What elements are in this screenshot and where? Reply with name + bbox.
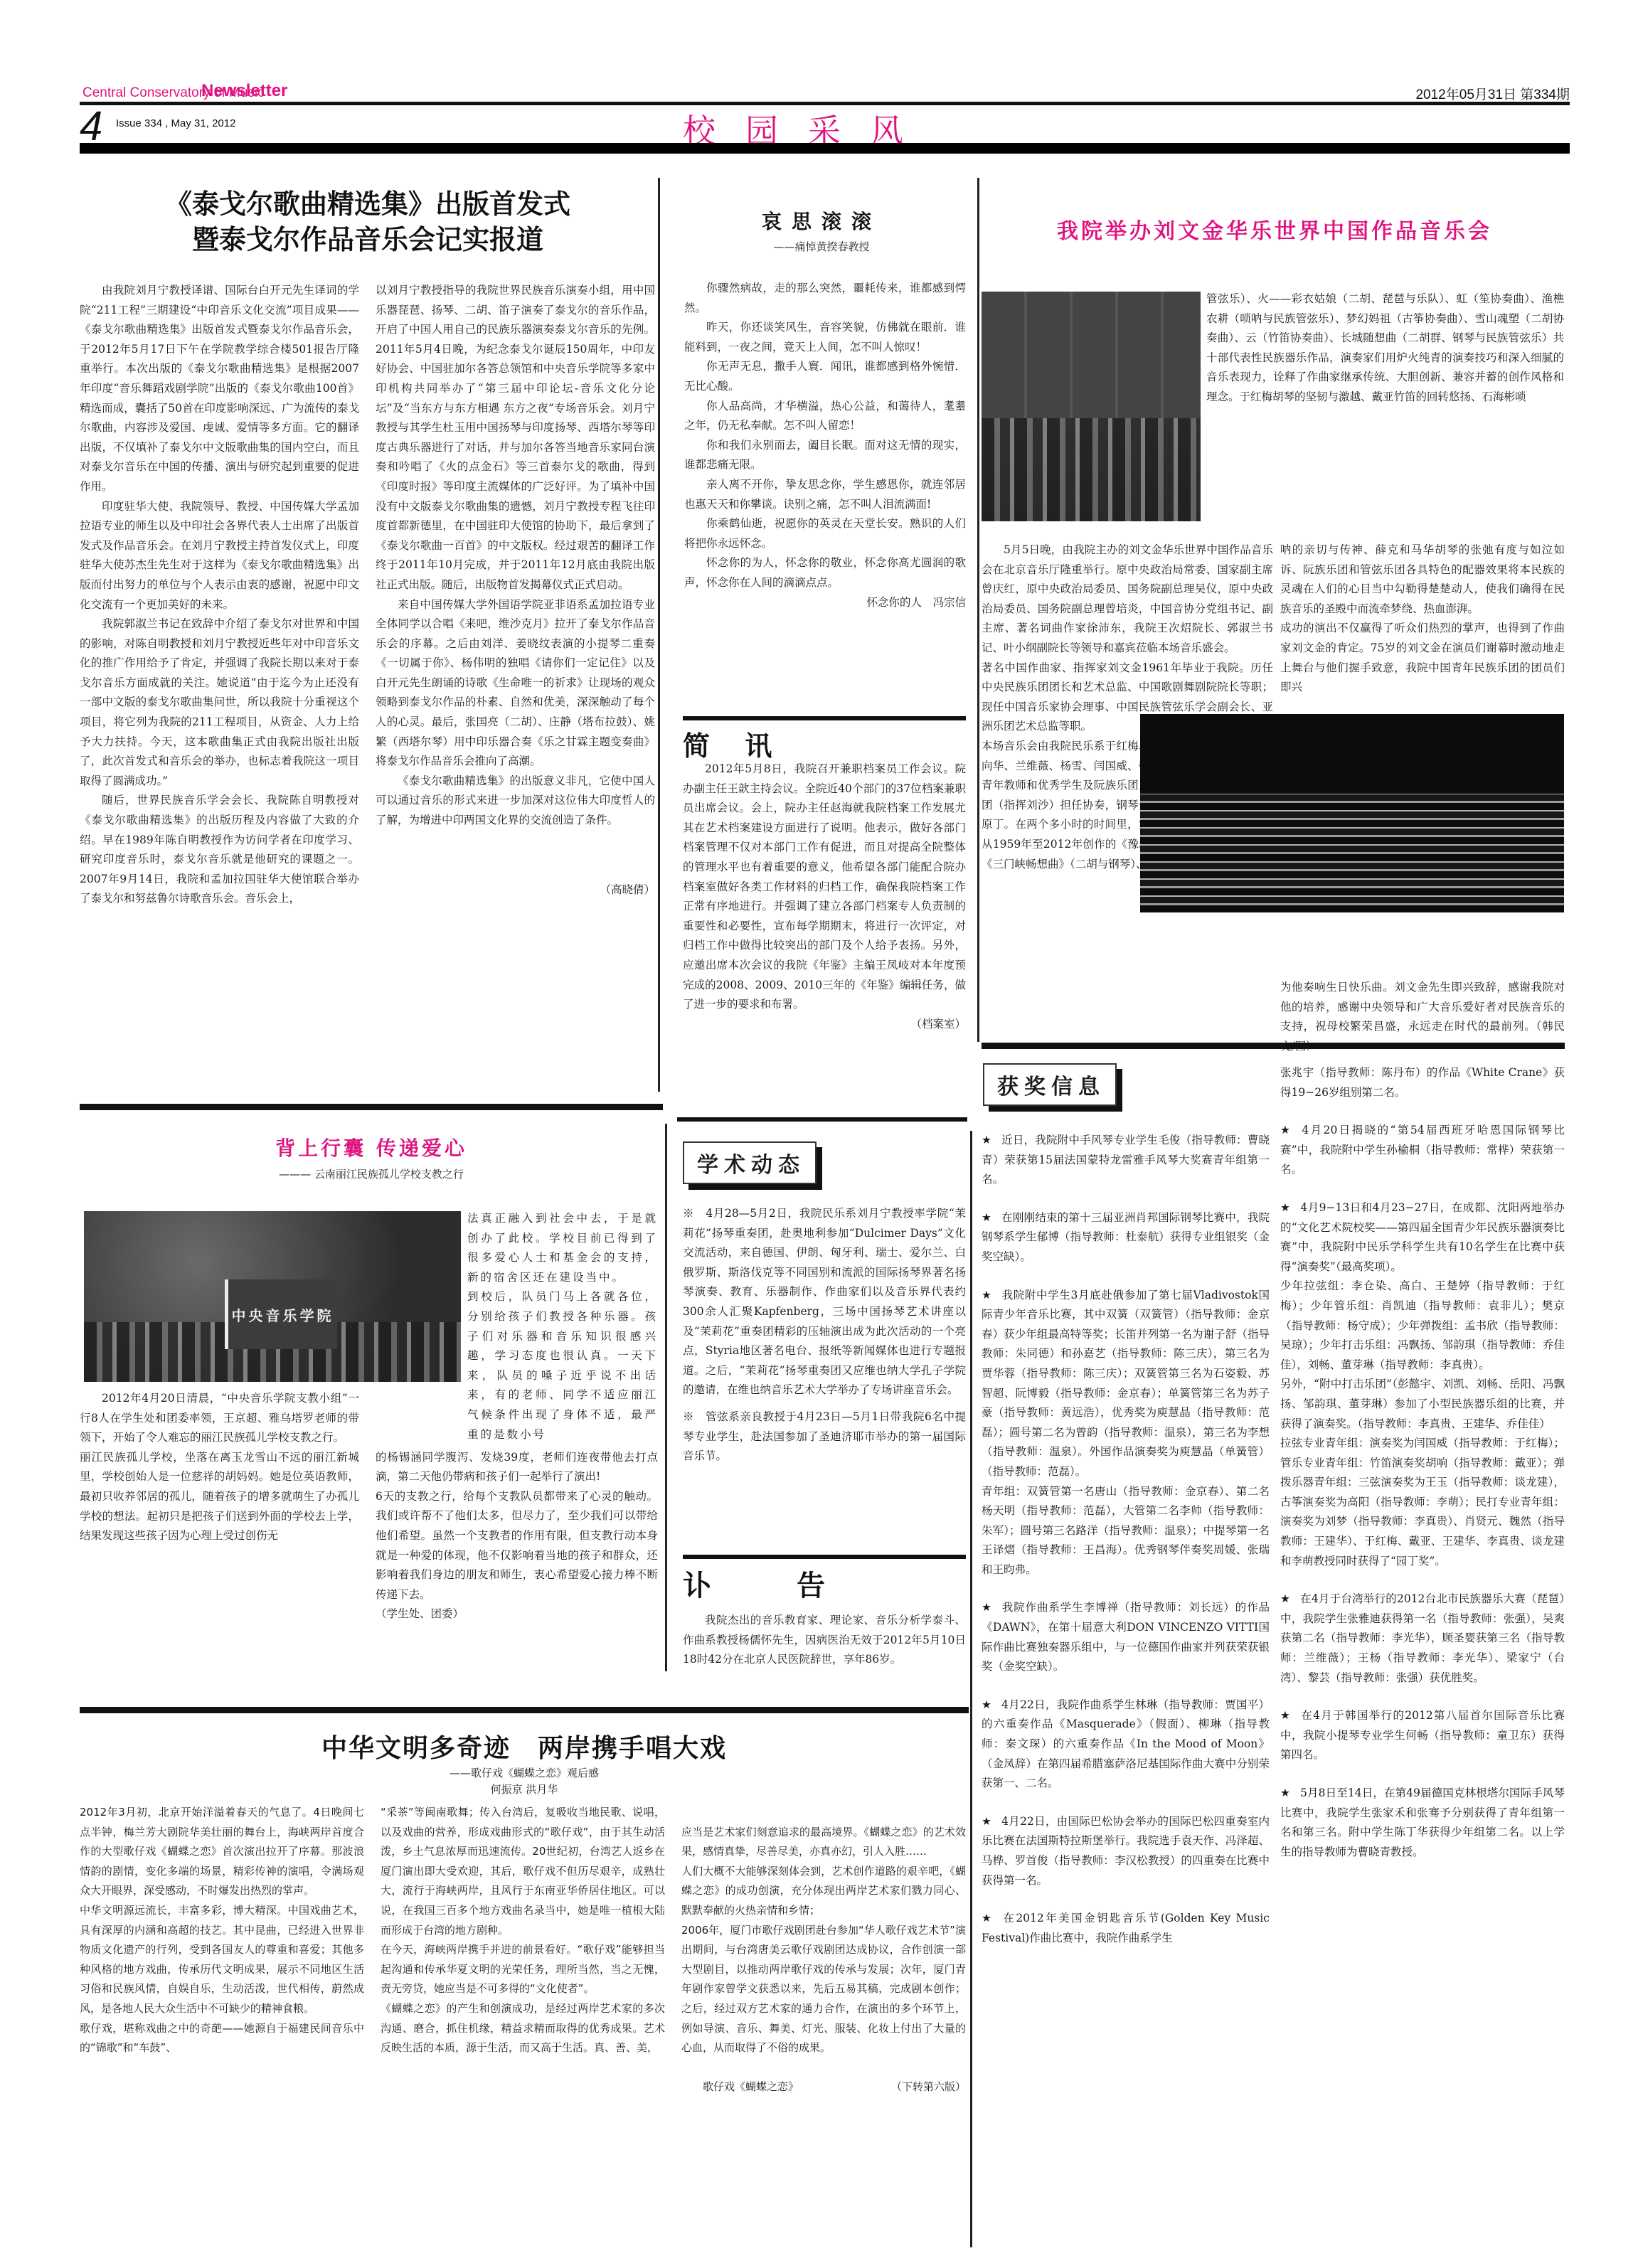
star-icon: ★	[982, 1289, 992, 1301]
page-number: 4	[80, 105, 102, 148]
star-icon: ★	[982, 1815, 991, 1828]
award-item: ★在刚刚结束的第十三届亚洲肖邦国际钢琴比赛中，我院钢琴系学生郁博（指导教师：杜泰…	[982, 1208, 1270, 1267]
photo-orchestra-rows	[1140, 794, 1564, 912]
column-divider	[665, 1124, 667, 1671]
lijiang-subtitle: ——— 云南丽江民族孤儿学校支教之行	[80, 1166, 663, 1181]
butterfly-col2: “采茶”等闽南歌舞；传入台湾后，复吸收当地民歌、说唱，以及戏曲的营养，形成戏曲形…	[381, 1803, 665, 2058]
award-item: ★在4月于台湾举行的2012台北市民族器乐大赛（琵琶）中，我院学生张雅迪获得第一…	[1280, 1590, 1565, 1688]
paragraph: 昨天，你还谈笑风生，音容笑貌，仿佛就在眼前．谁能料到，一夜之间，竟天上人间，怎不…	[684, 318, 966, 357]
academic-heading: 学术动态	[683, 1141, 817, 1184]
award-text: 4月22日，我院作曲系学生林琳（指导教师：贾国平）的六重奏作品《Masquera…	[982, 1698, 1270, 1789]
paragraph: 你和我们永别而去，阖目长眠。面对这无情的现实，谁都悲痛无限。	[684, 436, 966, 475]
paragraph: 以刘月宁教授指导的我院世界民族音乐演奏小组，用中国乐器琵琶、扬琴、二胡、笛子演奏…	[376, 281, 655, 595]
awards-col2: 张兆宇（指导教师：陈丹布）的作品《White Crane》获得19−26岁组别第…	[1280, 1063, 1565, 1880]
concert-photo	[982, 292, 1201, 521]
academic-item: ※ 管弦系亲良教授于4月23日—5月1日带我院6名中提琴专业学生，赴法国参加了圣…	[683, 1407, 966, 1466]
paragraph: 你无声无息，撒手人寰．闻讯，谁都感到格外惋惜．无比心酸。	[684, 357, 966, 396]
award-text: 在4月于台湾举行的2012台北市民族器乐大赛（琵琶）中，我院学生张雅迪获得第一名…	[1280, 1592, 1565, 1683]
signature: （高晓倩）	[376, 880, 655, 900]
award-text: 在4月于韩国举行的2012第八届首尔国际音乐比赛中，我院小提琴专业学生何畅（指导…	[1280, 1709, 1565, 1761]
paragraph: 来自中国传媒大学外国语学院亚非语系孟加拉语专业全体同学以合唱《来吧，维沙克月》拉…	[376, 595, 655, 772]
paragraph: 你乘鹤仙逝，祝愿你的英灵在天堂长安。熟识的人们将把你永远怀念。	[684, 514, 966, 553]
award-text: 4月22日，由国际巴松协会举办的国际巴松四重奏室内乐比赛在法国斯特拉斯堡举行。我…	[982, 1815, 1270, 1887]
award-text: 我院附中学生3月底赴俄参加了第七届Vladivostok国际青少年音乐比赛，其中…	[982, 1289, 1270, 1576]
paragraph: 2012年5月8日，我院召开兼职档案员工作会议。院办副主任王歆主持会议。全院近4…	[683, 760, 966, 1015]
star-icon: ★	[982, 1698, 991, 1711]
paragraph: 应当是艺术家们刻意追求的最高境界。《蝴蝶之恋》的艺术效果，感情真挚，尽善尽美，亦…	[681, 1823, 966, 2058]
award-text: 5月8日至14日，在第49届德国克林根塔尔国际手风琴比赛中，我院学生张家禾和张骞…	[1280, 1787, 1565, 1858]
star-icon: ★	[1280, 1201, 1290, 1214]
section-rule	[80, 1104, 663, 1110]
award-text: 4月9−13日和4月23−27日，在成都、沈阳两地举办的“文化艺术院校奖——第四…	[1280, 1201, 1565, 1567]
column-divider	[970, 1131, 972, 2247]
section-rule	[683, 716, 966, 720]
awards-heading: 获奖信息	[983, 1063, 1117, 1106]
section-rule	[677, 1117, 967, 1122]
liu-concert-title: 我院举办刘文金华乐世界中国作品音乐会	[983, 213, 1566, 245]
paragraph: 由我院刘月宁教授译谱、国际台白开元先生译词的学院“211工程”三期建设“中印音乐…	[80, 281, 359, 497]
title-line: 《泰戈尔歌曲精选集》出版首发式	[80, 186, 656, 222]
paragraph: 亲人离不开你，挚友思念你，学生感恩你，就连邻居也惠天天和你攀谈。诀别之痛，怎不叫…	[684, 475, 966, 514]
award-text: 我院作曲系学生李博禅（指导教师：刘长远）的作品《DAWN》，在第十届意大利DON…	[982, 1601, 1270, 1673]
continued-title: 歌仔戏《蝴蝶之恋》	[703, 2077, 799, 2097]
obituary-heading: 讣 告	[683, 1563, 853, 1604]
star-icon: ★	[1280, 1592, 1290, 1605]
continued-note[interactable]: （下转第六版）	[891, 2077, 966, 2097]
column-divider	[658, 178, 660, 1092]
award-item: ★我院附中学生3月底赴俄参加了第七届Vladivostok国际青少年音乐比赛，其…	[982, 1286, 1270, 1580]
star-icon: ★	[982, 1134, 991, 1146]
brief-news-body: 2012年5月8日，我院召开兼职档案员工作会议。院办副主任王歆主持会议。全院近4…	[683, 760, 966, 1034]
obituary-body: 我院杰出的音乐教育家、理论家、音乐分析学泰斗、作曲系教授杨儒怀先生，因病医治无效…	[683, 1611, 966, 1670]
award-item: ★5月8日至14日，在第49届德国克林根塔尔国际手风琴比赛中，我院学生张家禾和张…	[1280, 1784, 1565, 1862]
tagore-article-col2: 以刘月宁教授指导的我院世界民族音乐演奏小组，用中国乐器琵琶、扬琴、二胡、笛子演奏…	[376, 281, 655, 900]
issue-date-cn: 2012年05月31日 第334期	[1415, 84, 1570, 103]
award-item: ★4月22日，我院作曲系学生林琳（指导教师：贾国平）的六重奏作品《Masquer…	[982, 1695, 1270, 1794]
newsletter-label: Newsletter	[201, 81, 287, 101]
academic-item: ※ 4月28—5月2日，我院民乐系刘月宁教授率学院“茉莉花”扬琴重奏团，赴奥地利…	[683, 1204, 966, 1400]
orchestra-photo	[1140, 714, 1564, 912]
award-item: ★近日，我院附中手风琴专业学生毛俊（指导教师：曹晓青）荣获第15届法国蒙特龙雷雅…	[982, 1131, 1270, 1190]
star-icon: ★	[1280, 1709, 1291, 1722]
paragraph: 你骤然病故，走的那么突然，噩耗传来，谁都感到愕然。	[684, 279, 966, 318]
masthead-band	[80, 143, 1570, 154]
tagore-article-title: 《泰戈尔歌曲精选集》出版首发式 暨泰戈尔作品音乐会记实报道	[80, 186, 656, 257]
paragraph: 管弦乐）、火——彩衣姑娘（二胡、琵琶与乐队）、虹（笙协奏曲）、渔樵农耕（唢呐与民…	[1206, 289, 1564, 408]
signature: （学生处、团委）	[376, 1607, 464, 1620]
mourning-body: 你骤然病故，走的那么突然，噩耗传来，谁都感到愕然。 昨天，你还谈笑风生，音容笑貌…	[684, 279, 966, 612]
lijiang-col1: 2012年4月20日清晨，“中央音乐学院支教小组”一行8人在学生处和团委率领，王…	[80, 1389, 359, 1546]
butterfly-subtitle: ——歌仔戏《蝴蝶之恋》观后感	[80, 1765, 969, 1780]
star-icon: ★	[982, 1601, 992, 1614]
paragraph: 我院郭淑兰书记在致辞中介绍了泰戈尔对世界和中国的影响，对陈自明教授和刘月宁教授近…	[80, 614, 359, 791]
photo-stage	[982, 292, 1201, 418]
award-text: 在2012年美国金钥匙音乐节(Golden Key Music Festival…	[982, 1912, 1270, 1944]
star-icon: ★	[1280, 1787, 1290, 1799]
butterfly-col1: 2012年3月初，北京开始洋溢着春天的气息了。4日晚间七点半钟，梅兰芳大剧院华美…	[80, 1803, 364, 2058]
title-line: 暨泰戈尔作品音乐会记实报道	[80, 222, 656, 257]
section-rule	[80, 1707, 969, 1713]
paragraph: 的杨锡涵同学腹泻、发烧39度，老师们连夜带他去打点滴，第二天他仍带病和孩子们一起…	[376, 1451, 658, 1601]
paragraph: 怀念你的为人，怀念你的敬业，怀念你高尤圆润的歌声，怀念你在人间的滴滴点点。	[684, 553, 966, 592]
tagore-article-col1: 由我院刘月宁教授译谱、国际台白开元先生译词的学院“211工程”三期建设“中印音乐…	[80, 281, 359, 909]
issue-en: Issue 334 , May 31, 2012	[116, 117, 235, 129]
butterfly-col3: 应当是艺术家们刻意追求的最高境界。《蝴蝶之恋》的艺术效果，感情真挚，尽善尽美，亦…	[681, 1803, 966, 2117]
group-photo: 中央音乐学院	[84, 1211, 461, 1382]
liu-concert-mid-col: 呐的亲切与传神、薛克和马华胡琴的张弛有度与如泣如诉、阮族乐团和管弦乐团各具特色的…	[1280, 541, 1565, 698]
column-divider	[977, 178, 979, 1042]
paragraph: 印度驻华大使、我院领导、教授、中国传媒大学孟加拉语专业的师生以及中印社会各界代表…	[80, 497, 359, 615]
award-item: ★4月9−13日和4月23−27日，在成都、沈阳两地举办的“文化艺术院校奖——第…	[1280, 1198, 1565, 1571]
mourning-subtitle: ——痛悼黄揆春教授	[672, 239, 971, 254]
academic-heading-box: 学术动态	[683, 1141, 817, 1184]
conservatory-banner: 中央音乐学院	[225, 1279, 337, 1349]
awards-col1: ★近日，我院附中手风琴专业学生毛俊（指导教师：曹晓青）荣获第15届法国蒙特龙雷雅…	[982, 1131, 1270, 1966]
section-rule	[982, 1043, 1565, 1049]
award-item: ★我院作曲系学生李博禅（指导教师：刘长远）的作品《DAWN》，在第十届意大利DO…	[982, 1598, 1270, 1676]
paragraph: 我院杰出的音乐教育家、理论家、音乐分析学泰斗、作曲系教授杨儒怀先生，因病医治无效…	[683, 1611, 966, 1670]
academic-body: ※ 4月28—5月2日，我院民乐系刘月宁教授率学院“茉莉花”扬琴重奏团，赴奥地利…	[683, 1204, 966, 1466]
signature: 怀念你的人 冯宗信	[684, 593, 966, 613]
award-text: 在刚刚结束的第十三届亚洲肖邦国际钢琴比赛中，我院钢琴系学生郁博（指导教师：杜泰航…	[982, 1211, 1270, 1263]
award-item: ★4月22日，由国际巴松协会举办的国际巴松四重奏室内乐比赛在法国斯特拉斯堡举行。…	[982, 1812, 1270, 1890]
award-text: 近日，我院附中手风琴专业学生毛俊（指导教师：曹晓青）荣获第15届法国蒙特龙雷雅手…	[982, 1134, 1270, 1186]
signature: （档案室）	[683, 1015, 966, 1035]
award-item: ★4月20日揭晓的“第54届西班牙哈恩国际钢琴比赛”中，我院附中学生孙榆桐（指导…	[1280, 1121, 1565, 1180]
butterfly-authors: 何振京 洪月华	[80, 1782, 969, 1796]
star-icon: ★	[1280, 1124, 1292, 1136]
star-icon: ★	[982, 1211, 991, 1224]
award-text: 张兆宇（指导教师：陈丹布）的作品《White Crane》获得19−26岁组别第…	[1280, 1063, 1565, 1102]
lijiang-col2: 的杨锡涵同学腹泻、发烧39度，老师们连夜带他去打点滴，第二天他仍带病和孩子们一起…	[376, 1428, 658, 1624]
lijiang-right-of-photo: 法真正融入到社会中去，于是就创办了此校。学校目前已得到了很多爱心人士和基金会的支…	[467, 1209, 658, 1444]
brief-news-heading: 简 讯	[683, 724, 785, 763]
liu-concert-top-right: 管弦乐）、火——彩衣姑娘（二胡、琵琶与乐队）、虹（笙协奏曲）、渔樵农耕（唢呐与民…	[1206, 289, 1564, 408]
lijiang-title: 背上行囊 传递爱心	[80, 1133, 663, 1161]
section-rule	[683, 1555, 966, 1559]
award-item: ★在4月于韩国举行的2012第八届首尔国际音乐比赛中，我院小提琴专业学生何畅（指…	[1280, 1706, 1565, 1765]
paragraph: 你人品高尚，才华横溢，热心公益，和蔼待人，耄耋之年，仍无私奉献。怎不叫人留恋！	[684, 397, 966, 436]
photo-performers	[982, 418, 1201, 521]
paragraph: 随后，世界民族音乐学会会长、我院陈自明教授对《泰戈尔歌曲精选集》的出版历程及内容…	[80, 791, 359, 909]
awards-heading-box: 获奖信息	[983, 1063, 1117, 1106]
paragraph: 《泰戈尔歌曲精选集》的出版意义非凡，它使中国人可以通过音乐的形式来进一步加深对这…	[376, 772, 655, 831]
award-item: ★在2012年美国金钥匙音乐节(Golden Key Music Festiva…	[982, 1909, 1270, 1948]
butterfly-title: 中华文明多奇迹 两岸携手唱大戏	[80, 1728, 969, 1764]
mourning-title: 哀思滚滚	[672, 206, 971, 235]
star-icon: ★	[982, 1912, 993, 1924]
award-text: 4月20日揭晓的“第54届西班牙哈恩国际钢琴比赛”中，我院附中学生孙榆桐（指导教…	[1280, 1124, 1565, 1176]
continued-line: 歌仔戏《蝴蝶之恋》 （下转第六版）	[681, 2077, 966, 2097]
